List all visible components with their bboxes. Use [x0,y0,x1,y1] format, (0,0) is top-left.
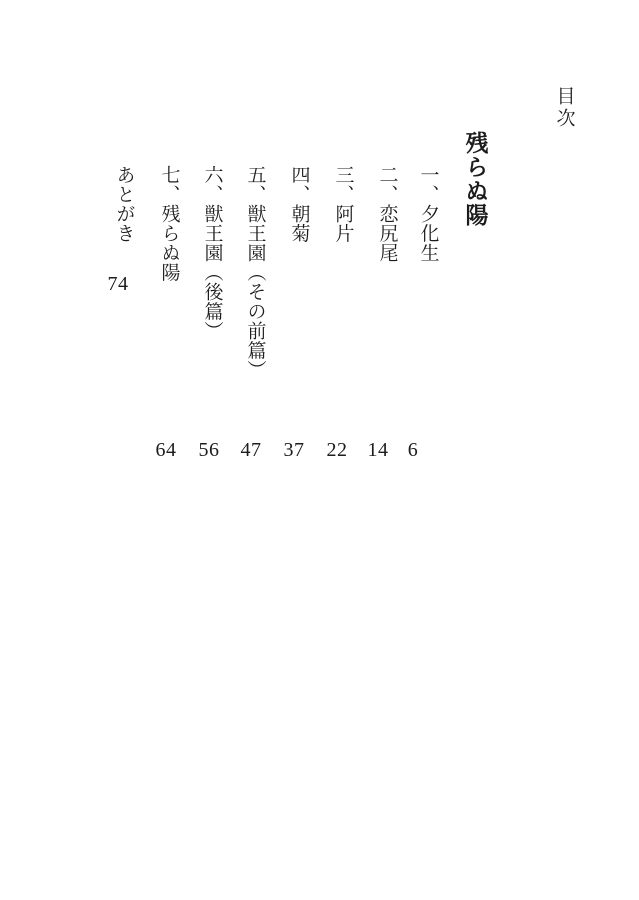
toc-entry-afterword-page-number: 74 [108,274,129,294]
toc-entry-afterword-label: あとがき [115,165,134,243]
toc-page: 目次 残らぬ陽 一、夕化生 二、恋尻尾 三、阿片 四、朝菊 五、獣王園（その前篇… [0,0,639,900]
toc-entry-3-label: 三、阿片 [334,165,353,243]
toc-entry-6-page-number: 56 [199,440,220,460]
toc-entry-5-page-number: 47 [241,440,262,460]
toc-entry-3-page-number: 22 [327,440,348,460]
book-title: 残らぬ陽 [464,131,487,227]
toc-entry-5-label: 五、獣王園（その前篇） [246,165,265,380]
toc-entry-4-page-number: 37 [284,440,305,460]
toc-entry-1-page-number: 6 [408,440,419,460]
toc-heading: 目次 [555,86,574,130]
toc-entry-7-label: 七、残らぬ陽 [160,165,179,282]
toc-entry-2-label: 二、恋尻尾 [378,165,397,263]
toc-entry-1-label: 一、夕化生 [419,165,438,263]
toc-entry-4-label: 四、朝菊 [290,165,309,243]
toc-entry-2-page-number: 14 [368,440,389,460]
toc-entry-7-page-number: 64 [156,440,177,460]
toc-entry-6-label: 六、獣王園（後篇） [203,165,222,341]
